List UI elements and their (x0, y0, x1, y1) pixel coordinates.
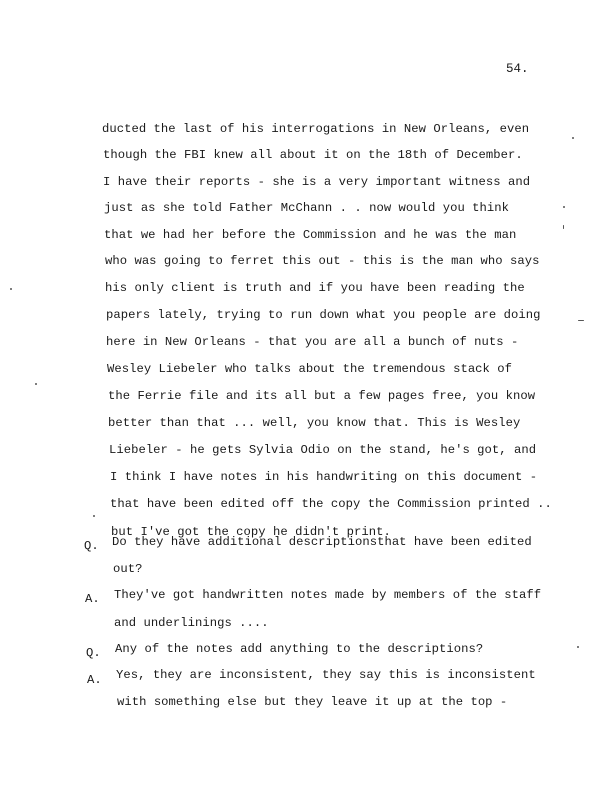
paragraph-line: papers lately, trying to run down what y… (106, 308, 540, 322)
scan-speck (35, 383, 37, 385)
scan-speck (563, 206, 565, 208)
question-line: Any of the notes add anything to the des… (115, 642, 483, 656)
paragraph-line: that we had her before the Commission an… (104, 228, 516, 242)
answer-label: A. (85, 592, 100, 606)
scan-speck (10, 288, 12, 290)
question-label: Q. (84, 539, 99, 553)
paragraph-line: I have their reports - she is a very imp… (103, 175, 530, 189)
answer-line: and underlinings .... (114, 616, 269, 630)
paragraph-line: who was going to ferret this out - this … (105, 254, 539, 268)
paragraph-line: I think I have notes in his handwriting … (110, 470, 537, 484)
answer-label: A. (87, 673, 102, 687)
scan-speck (577, 646, 579, 648)
paragraph-line: ducted the last of his interrogations in… (102, 122, 529, 136)
scan-speck (572, 137, 574, 139)
paragraph-line: Liebeler - he gets Sylvia Odio on the st… (109, 443, 536, 457)
answer-line: They've got handwritten notes made by me… (114, 588, 541, 602)
paragraph-line: the Ferrie file and its all but a few pa… (108, 389, 535, 403)
page-number: 54. (506, 62, 529, 76)
paragraph-line: better than that ... well, you know that… (108, 416, 520, 430)
paragraph-line: his only client is truth and if you have… (105, 281, 525, 295)
paragraph-line: though the FBI knew all about it on the … (103, 148, 523, 162)
paragraph-line: Wesley Liebeler who talks about the trem… (107, 362, 512, 376)
document-page: 54. ducted the last of his interrogation… (0, 0, 612, 791)
answer-line: Yes, they are inconsistent, they say thi… (116, 668, 536, 682)
paragraph-line: that have been edited off the copy the C… (110, 497, 552, 511)
question-line: Do they have additional descriptionsthat… (112, 535, 532, 549)
paragraph-line: here in New Orleans - that you are all a… (106, 335, 518, 349)
scan-speck (93, 515, 95, 517)
question-line: out? (113, 562, 142, 576)
answer-line: with something else but they leave it up… (117, 695, 507, 709)
question-label: Q. (86, 646, 101, 660)
scan-speck (563, 225, 564, 229)
scan-speck (578, 320, 584, 321)
paragraph-line: just as she told Father McChann . . now … (104, 201, 509, 215)
